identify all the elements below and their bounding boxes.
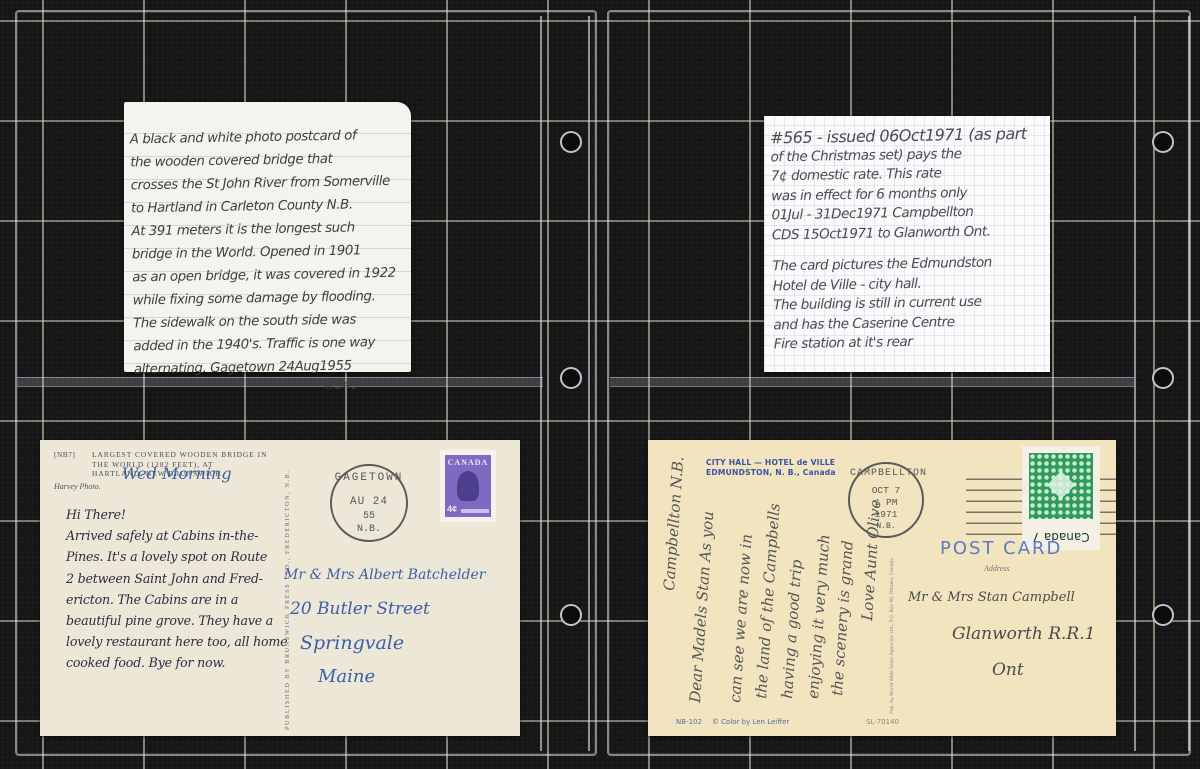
note-text: A black and white photo postcard of the …	[130, 124, 408, 398]
stamp-name-banner	[461, 509, 489, 513]
green-7c-christmas-stamp: Canada 7	[1022, 446, 1100, 550]
address-line: Glanworth R.R.1	[908, 616, 1095, 652]
postmark-date: OCT 7	[850, 485, 922, 496]
punch-hole	[560, 131, 582, 153]
post-card-label: POST CARD	[940, 538, 1062, 559]
hartland-bridge-postcard: [NB7] LARGEST COVERED WOODEN BRIDGE IN T…	[40, 440, 520, 736]
note-line: while fixing some damage by flooding.	[132, 285, 405, 313]
postcard-code: [NB7]	[54, 450, 92, 460]
postmark-town: CAMPBELLTON	[850, 468, 922, 479]
gagetown-postmark: GAGETOWN AU 24 55 N.B.	[330, 464, 408, 542]
message-line: the land of the Campbells	[752, 503, 784, 700]
caption-line: LARGEST COVERED WOODEN BRIDGE IN	[92, 450, 267, 460]
message-line: can see we are now in	[726, 533, 756, 703]
stamp-design: CANADA 4¢	[445, 455, 491, 517]
note-line: Fire station at it's rear	[774, 331, 1046, 355]
right-pocket-divider	[610, 377, 1134, 387]
message-line: 2 between Saint John and Fred-	[66, 568, 287, 589]
message-line: ericton. The Cabins are in a	[66, 589, 287, 610]
stamp-denomination: 4¢	[447, 504, 457, 514]
snowflake-icon	[1029, 453, 1093, 519]
footer-code: NB-102	[676, 718, 702, 726]
stamp-country: CANADA	[445, 458, 491, 467]
message-line: cooked food. Bye for now.	[66, 652, 287, 673]
address-line: Maine	[284, 660, 485, 694]
message-line: Campbellton N.B.	[660, 456, 687, 591]
postmark-town: GAGETOWN	[332, 472, 406, 484]
address-line: Mr & Mrs Stan Campbell	[908, 580, 1095, 616]
campbellton-postmark: CAMPBELLTON OCT 7 1 PM 1971 N.B.	[848, 462, 924, 538]
edmundston-city-hall-postcard: CITY HALL — HOTEL de VILLE EDMUNDSTON, N…	[648, 440, 1116, 736]
bridge-description-note: A black and white photo postcard of the …	[124, 102, 411, 372]
postmark-code: N.B.	[850, 522, 922, 531]
punch-hole	[560, 604, 582, 626]
note-line: crosses the St John River from Somervill…	[130, 170, 403, 198]
handwritten-day: Wed Morning	[122, 464, 232, 483]
printed-script-message: Hi There! Arrived safely at Cabins in-th…	[66, 504, 287, 674]
serial-number: SL-70140	[866, 718, 899, 726]
album-page-background: A black and white photo postcard of the …	[0, 0, 1200, 769]
punch-hole	[1152, 131, 1174, 153]
message-line: Pines. It's a lovely spot on Route	[66, 546, 287, 567]
address-label: Address	[984, 564, 1009, 573]
purple-4c-stamp: CANADA 4¢	[440, 450, 496, 522]
postmark-year: 1971	[850, 509, 922, 520]
publisher-imprint: Pub. by World Wide Sales Agencies Ltd., …	[890, 558, 895, 714]
note-text: #565 - issued 06Oct1971 (as part of the …	[770, 124, 1046, 355]
message-line: beautiful pine grove. They have a	[66, 610, 287, 631]
message-line: having a good trip	[778, 559, 806, 699]
stamp-description-note: #565 - issued 06Oct1971 (as part of the …	[764, 116, 1050, 372]
punch-hole	[1152, 367, 1174, 389]
note-line: added in the 1940's. Traffic is one way	[133, 331, 406, 359]
address-line: Ont	[908, 652, 1095, 688]
message-line: the scenery is grand	[828, 540, 857, 696]
postmark-date: AU 24	[332, 496, 406, 508]
recipient-address: Mr & Mrs Stan Campbell Glanworth R.R.1 O…	[908, 580, 1095, 688]
message-line: lovely restaurant here too, all home	[66, 631, 287, 652]
postmark-year: 55	[332, 511, 406, 522]
postmark-province: N.B.	[332, 524, 406, 535]
postcard-footer: NB-102© Color by Len Leiffer	[676, 718, 799, 726]
address-line: Springvale	[284, 626, 485, 660]
message-line: Hi There!	[66, 504, 287, 525]
footer-credit: © Color by Len Leiffer	[712, 718, 789, 726]
address-line: 20 Butler Street	[284, 592, 485, 626]
portrait-icon	[457, 471, 479, 501]
punch-hole	[560, 367, 582, 389]
message-line: Dear Madels Stan As you	[686, 510, 717, 703]
address-line: Mr & Mrs Albert Batchelder	[284, 558, 485, 592]
postmark-time: 1 PM	[850, 497, 922, 508]
punch-hole	[1152, 604, 1174, 626]
message-line: Arrived safely at Cabins in-the-	[66, 525, 287, 546]
recipient-address: Mr & Mrs Albert Batchelder 20 Butler Str…	[284, 558, 485, 694]
photo-credit: Harvey Photo.	[54, 482, 101, 491]
